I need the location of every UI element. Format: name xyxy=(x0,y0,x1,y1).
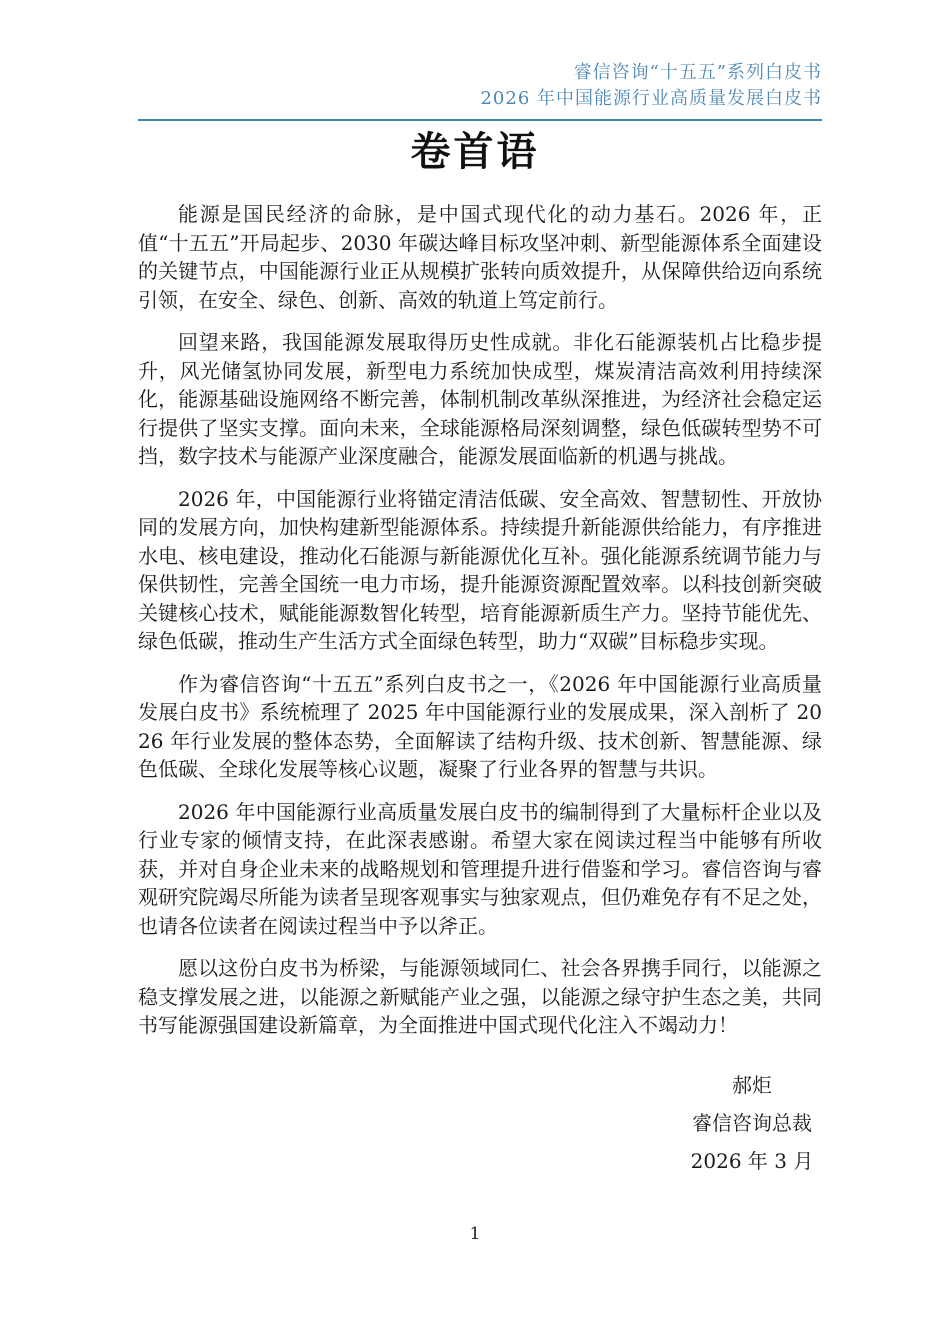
whitepaper-page: 睿信咨询“十五五”系列白皮书 2026 年中国能源行业高质量发展白皮书 卷首语 … xyxy=(0,0,950,1344)
page-header: 睿信咨询“十五五”系列白皮书 2026 年中国能源行业高质量发展白皮书 xyxy=(138,60,822,121)
body-paragraph: 能源是国民经济的命脉，是中国式现代化的动力基石。2026 年，正值“十五五”开局… xyxy=(138,200,822,314)
signature-date: 2026 年 3 月 xyxy=(682,1142,822,1180)
body-paragraph: 作为睿信咨询“十五五”系列白皮书之一，《2026 年中国能源行业高质量发展白皮书… xyxy=(138,670,822,784)
body-paragraph: 2026 年中国能源行业高质量发展白皮书的编制得到了大量标杆企业以及行业专家的倾… xyxy=(138,798,822,941)
page-footer: 1 xyxy=(0,1224,950,1244)
body-paragraph: 愿以这份白皮书为桥梁，与能源领域同仁、社会各界携手同行，以能源之稳支撑发展之进，… xyxy=(138,954,822,1040)
body-paragraph: 2026 年，中国能源行业将锚定清洁低碳、安全高效、智慧韧性、开放协同的发展方向… xyxy=(138,485,822,656)
header-doc-title: 2026 年中国能源行业高质量发展白皮书 xyxy=(138,86,822,112)
preface-body: 能源是国民经济的命脉，是中国式现代化的动力基石。2026 年，正值“十五五”开局… xyxy=(138,200,822,1180)
page-number: 1 xyxy=(470,1224,481,1244)
page-title: 卷首语 xyxy=(0,120,950,177)
body-paragraph: 回望来路，我国能源发展取得历史性成就。非化石能源装机占比稳步提升，风光储氢协同发… xyxy=(138,328,822,471)
signature-name: 郝炬 xyxy=(682,1066,822,1104)
signature-block: 郝炬 睿信咨询总裁 2026 年 3 月 xyxy=(682,1066,822,1180)
header-series-title: 睿信咨询“十五五”系列白皮书 xyxy=(138,60,822,86)
signature-role: 睿信咨询总裁 xyxy=(682,1104,822,1142)
